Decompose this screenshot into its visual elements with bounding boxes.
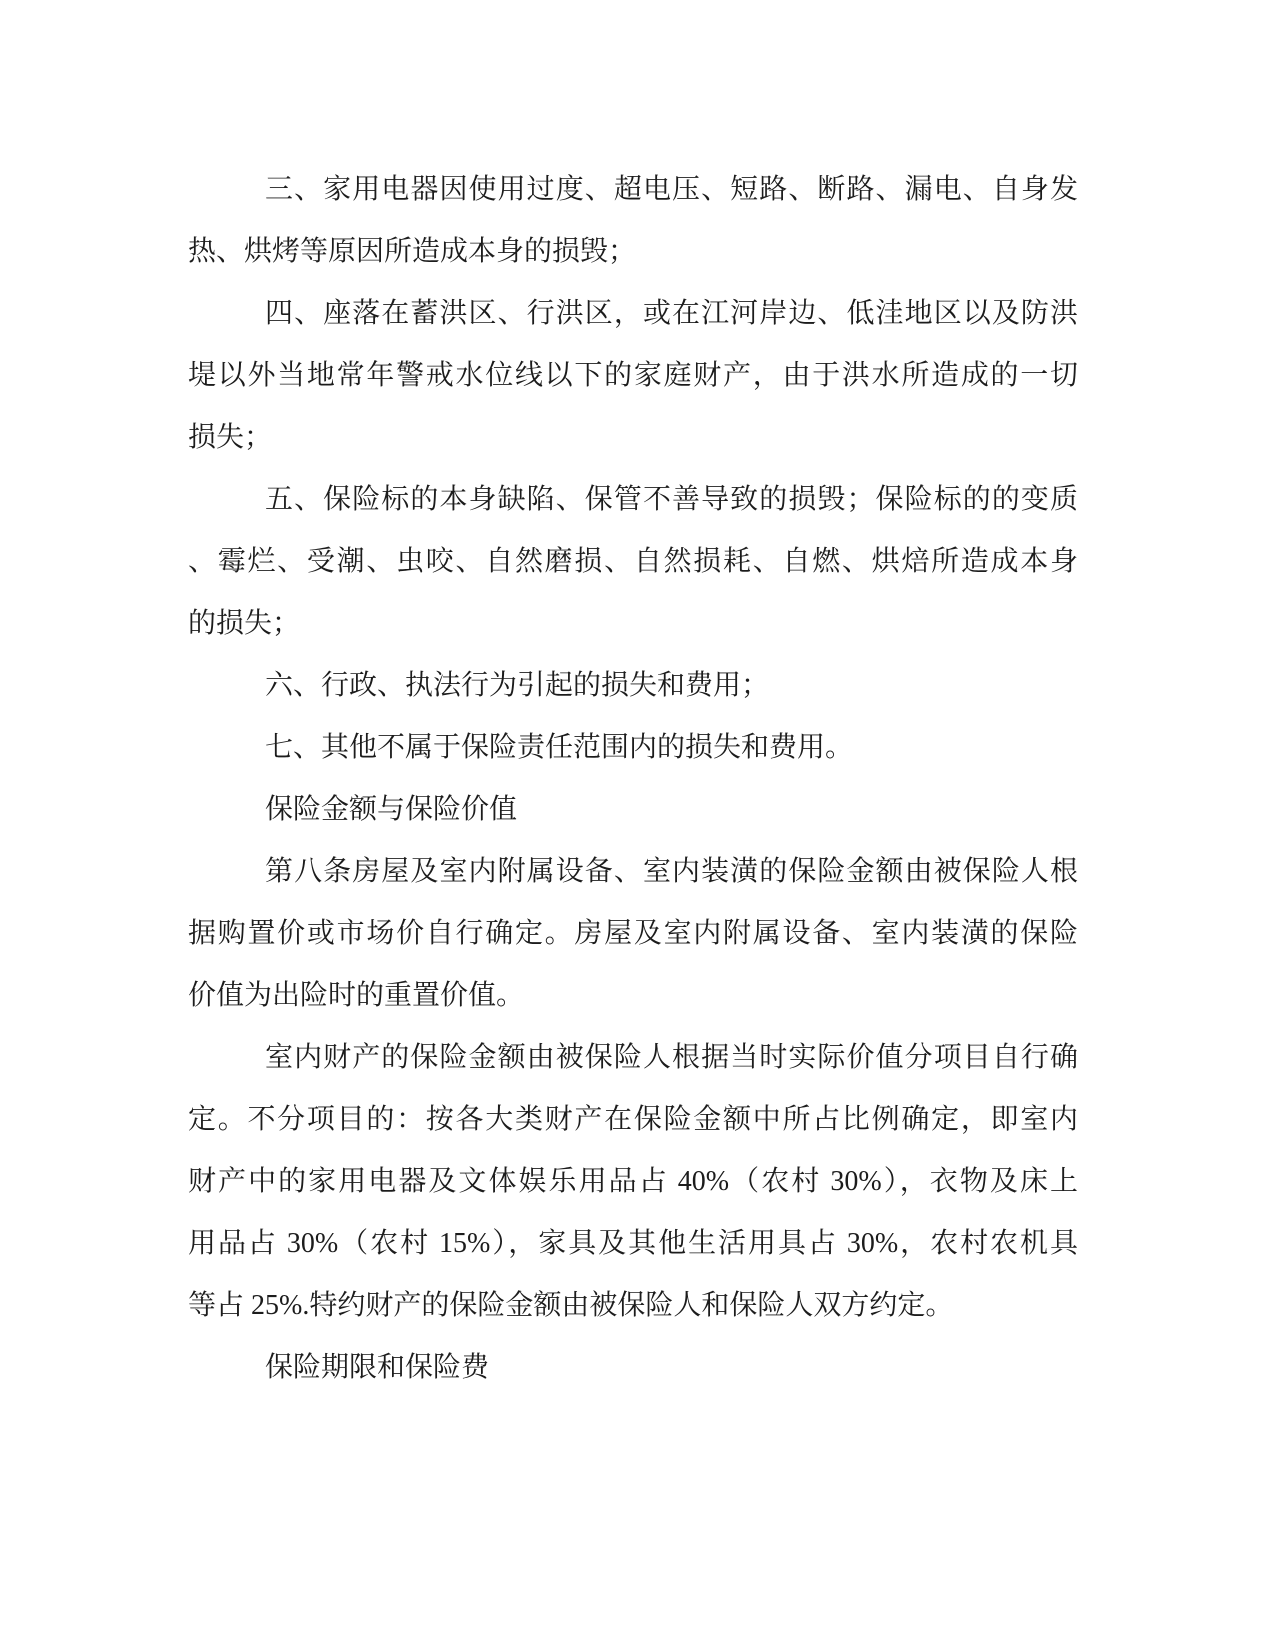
paragraph-article-8: 第八条房屋及室内附属设备、室内装潢的保险金额由被保险人根 据购置价或市场价自行确…	[188, 841, 1078, 1027]
text-line: 、霉烂、受潮、虫咬、自然磨损、自然损耗、自燃、烘焙所造成本身	[188, 531, 1078, 593]
paragraph-exclusion-item-6: 六、行政、执法行为引起的损失和费用；	[188, 655, 1078, 717]
text-line: 价值为出险时的重置价值。	[188, 965, 1078, 1027]
text-line: 等占 25%.特约财产的保险金额由被保险人和保险人双方约定。	[188, 1275, 1078, 1337]
text-line: 热、烘烤等原因所造成本身的损毁；	[188, 221, 1078, 283]
text-line: 损失；	[188, 407, 1078, 469]
paragraph-exclusion-item-5: 五、保险标的本身缺陷、保管不善导致的损毁；保险标的的变质 、霉烂、受潮、虫咬、自…	[188, 469, 1078, 655]
document-page: 三、家用电器因使用过度、超电压、短路、断路、漏电、自身发 热、烘烤等原因所造成本…	[0, 0, 1275, 1650]
paragraph-exclusion-item-4: 四、座落在蓄洪区、行洪区，或在江河岸边、低洼地区以及防洪 堤以外当地常年警戒水位…	[188, 283, 1078, 469]
text-line: 五、保险标的本身缺陷、保管不善导致的损毁；保险标的的变质	[188, 469, 1078, 531]
document-body: 三、家用电器因使用过度、超电压、短路、断路、漏电、自身发 热、烘烤等原因所造成本…	[188, 159, 1078, 1399]
text-line: 财产中的家用电器及文体娱乐用品占 40%（农村 30%），衣物及床上	[188, 1151, 1078, 1213]
text-line: 七、其他不属于保险责任范围内的损失和费用。	[188, 717, 1078, 779]
text-line: 定。不分项目的：按各大类财产在保险金额中所占比例确定，即室内	[188, 1089, 1078, 1151]
text-line: 第八条房屋及室内附属设备、室内装潢的保险金额由被保险人根	[188, 841, 1078, 903]
section-heading: 保险金额与保险价值	[188, 779, 1078, 841]
paragraph-exclusion-item-3: 三、家用电器因使用过度、超电压、短路、断路、漏电、自身发 热、烘烤等原因所造成本…	[188, 159, 1078, 283]
section-heading-sum-insured: 保险金额与保险价值	[188, 779, 1078, 841]
text-line: 的损失；	[188, 593, 1078, 655]
text-line: 三、家用电器因使用过度、超电压、短路、断路、漏电、自身发	[188, 159, 1078, 221]
section-heading: 保险期限和保险费	[188, 1337, 1078, 1399]
text-line: 室内财产的保险金额由被保险人根据当时实际价值分项目自行确	[188, 1027, 1078, 1089]
paragraph-indoor-property-allocation: 室内财产的保险金额由被保险人根据当时实际价值分项目自行确 定。不分项目的：按各大…	[188, 1027, 1078, 1337]
text-line: 据购置价或市场价自行确定。房屋及室内附属设备、室内装潢的保险	[188, 903, 1078, 965]
text-line: 四、座落在蓄洪区、行洪区，或在江河岸边、低洼地区以及防洪	[188, 283, 1078, 345]
section-heading-period-and-premium: 保险期限和保险费	[188, 1337, 1078, 1399]
text-line: 用品占 30%（农村 15%），家具及其他生活用具占 30%，农村农机具	[188, 1213, 1078, 1275]
paragraph-exclusion-item-7: 七、其他不属于保险责任范围内的损失和费用。	[188, 717, 1078, 779]
text-line: 六、行政、执法行为引起的损失和费用；	[188, 655, 1078, 717]
text-line: 堤以外当地常年警戒水位线以下的家庭财产，由于洪水所造成的一切	[188, 345, 1078, 407]
